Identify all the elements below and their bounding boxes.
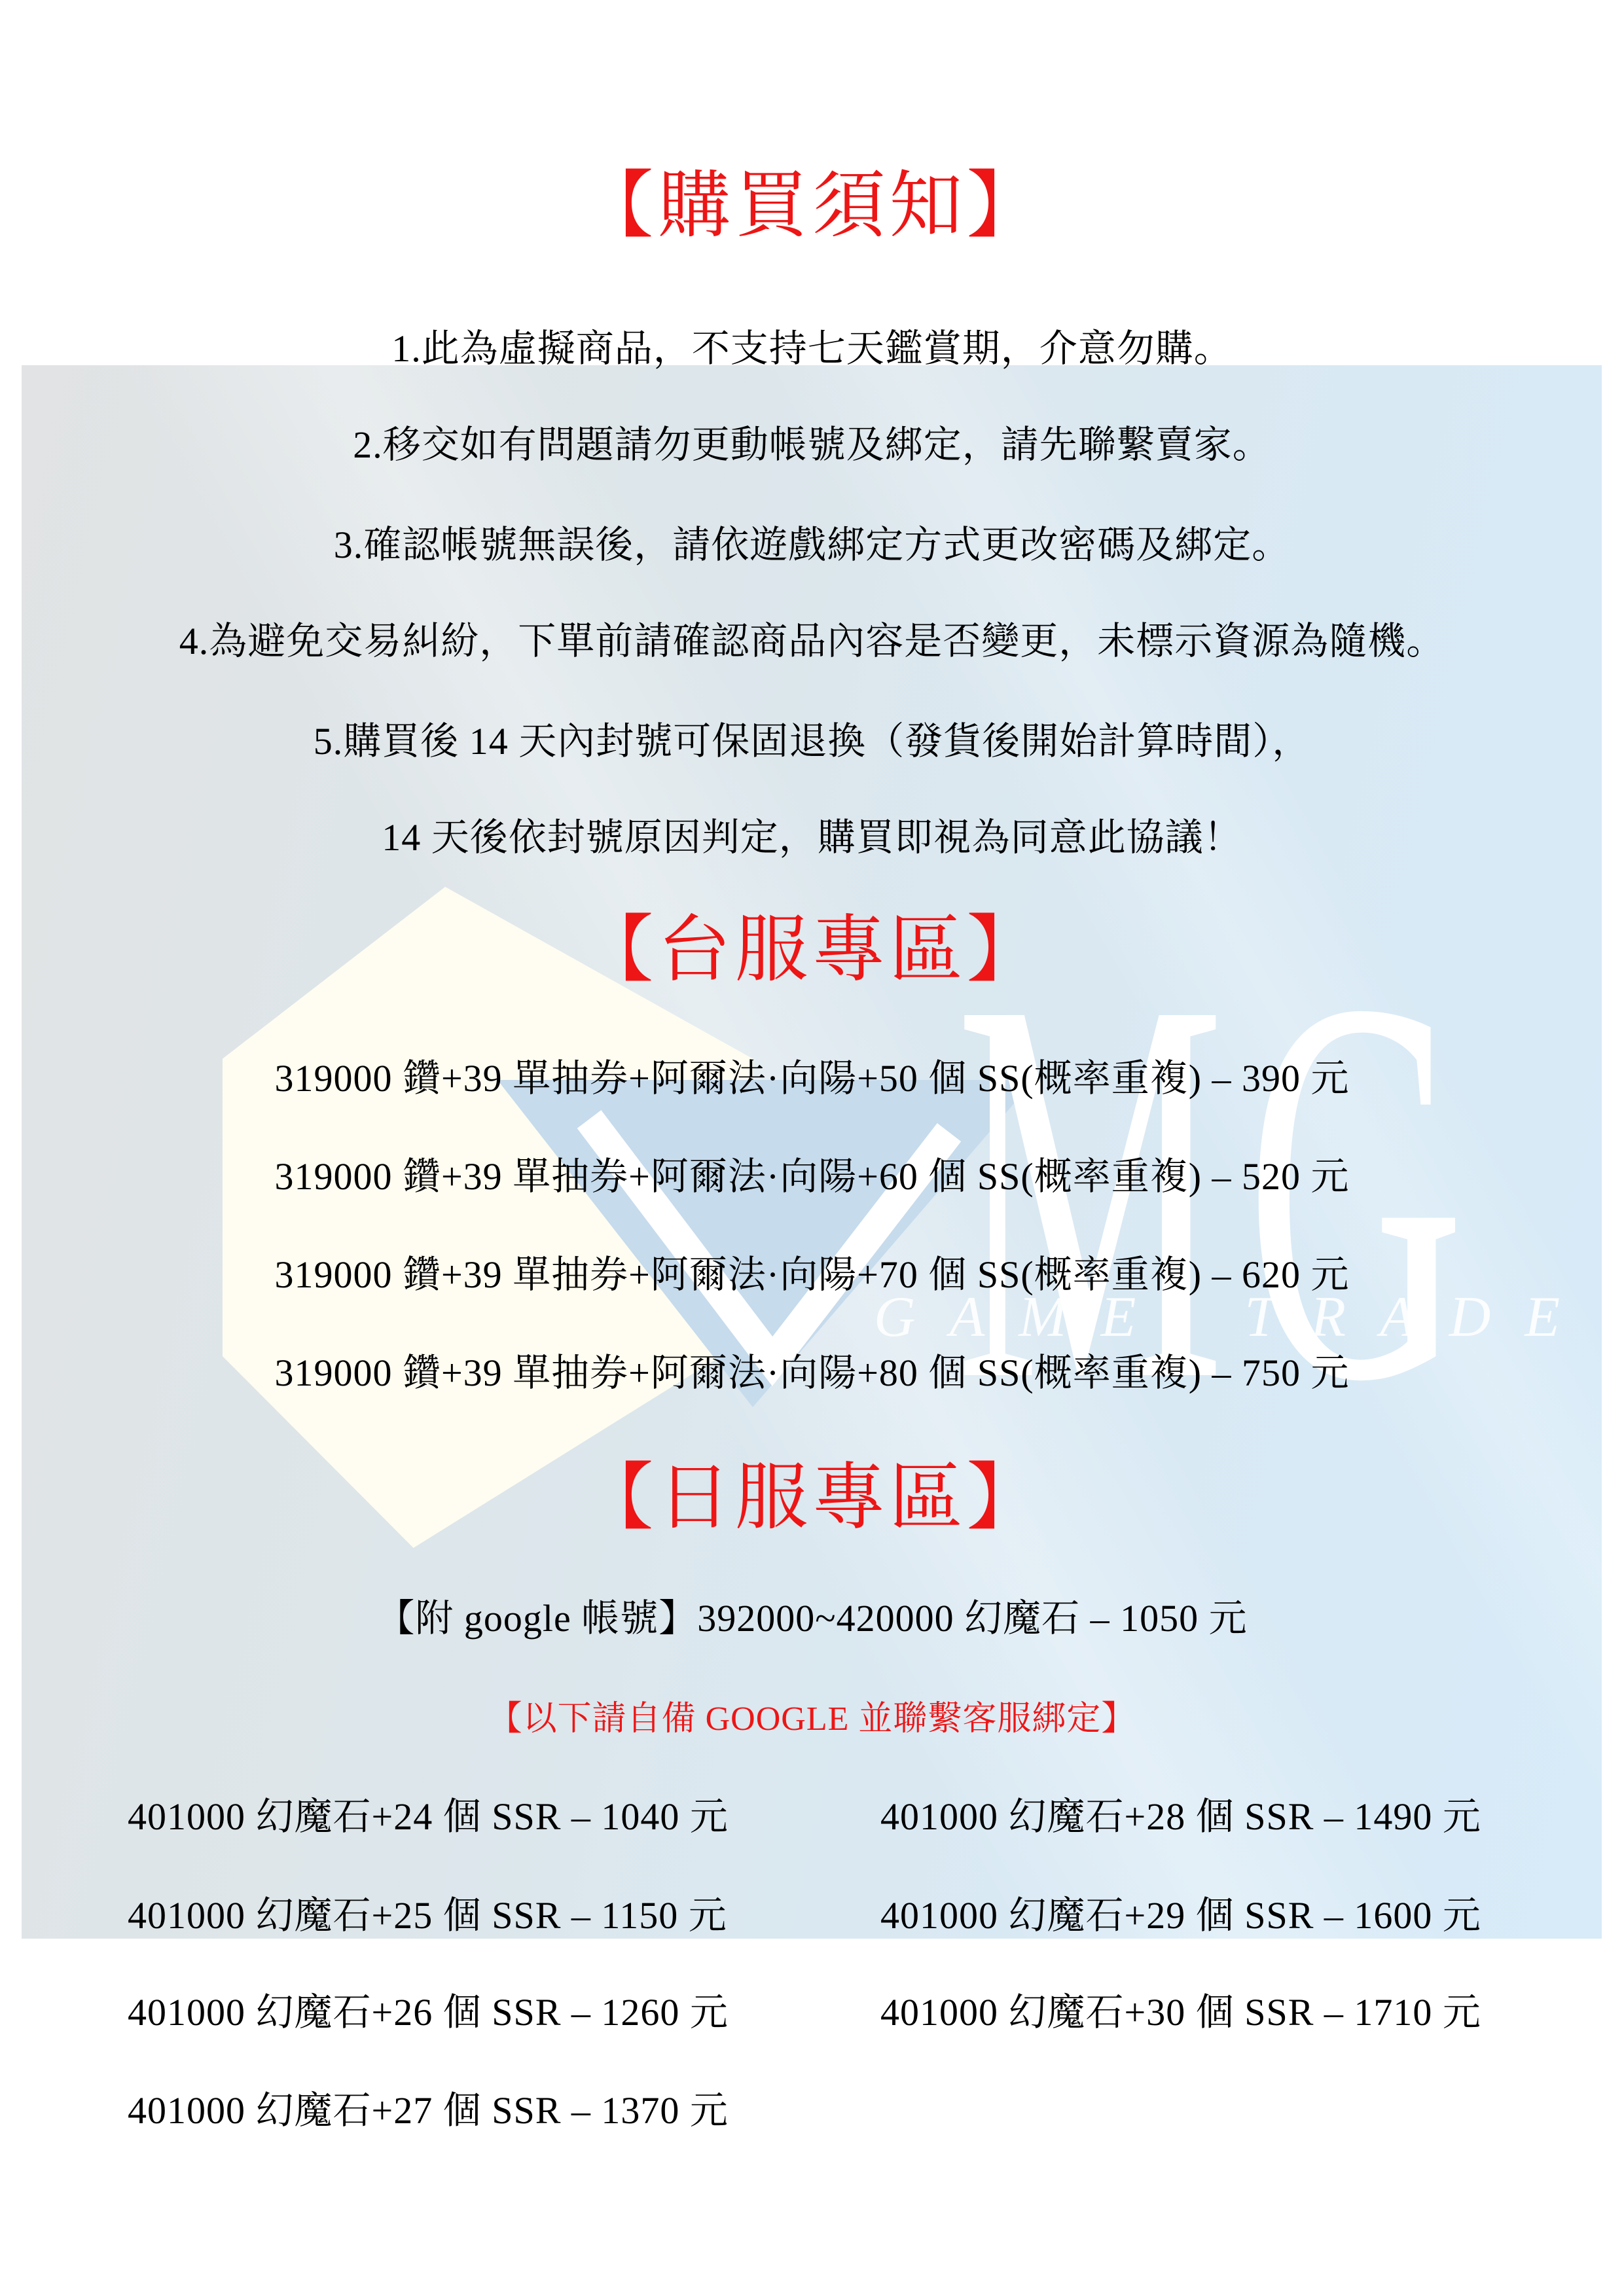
japan-left-item-2: 401000 幻魔石+25 個 SSR – 1150 元: [128, 1893, 727, 1939]
notice-line-1: 1.此為虛擬商品，不支持七天鑑賞期，介意勿購。: [0, 326, 1624, 372]
taiwan-item-4: 319000 鑽+39 單抽券+阿爾法·向陽+80 個 SS(概率重複) – 7…: [0, 1350, 1624, 1396]
japan-google-item: 【附 google 帳號】392000~420000 幻魔石 – 1050 元: [0, 1596, 1624, 1641]
taiwan-item-3: 319000 鑽+39 單抽券+阿爾法·向陽+70 個 SS(概率重複) – 6…: [0, 1252, 1624, 1298]
taiwan-section-title: 【台服專區】: [0, 906, 1624, 994]
japan-section-title: 【日服專區】: [0, 1454, 1624, 1542]
taiwan-item-2: 319000 鑽+39 單抽券+阿爾法·向陽+60 個 SS(概率重複) – 5…: [0, 1154, 1624, 1200]
japan-right-item-2: 401000 幻魔石+29 個 SSR – 1600 元: [880, 1893, 1481, 1939]
notice-line-5-cont: 14 天後依封號原因判定，購買即視為同意此協議！: [0, 815, 1624, 861]
notice-line-4: 4.為避免交易糾紛，下單前請確認商品內容是否變更，未標示資源為隨機。: [0, 619, 1624, 664]
japan-left-item-3: 401000 幻魔石+26 個 SSR – 1260 元: [128, 1990, 729, 2036]
japan-right-item-3: 401000 幻魔石+30 個 SSR – 1710 元: [880, 1990, 1481, 2036]
taiwan-item-1: 319000 鑽+39 單抽券+阿爾法·向陽+50 個 SS(概率重複) – 3…: [0, 1056, 1624, 1102]
notice-line-3: 3.確認帳號無誤後，請依遊戲綁定方式更改密碼及綁定。: [0, 522, 1624, 568]
japan-left-item-1: 401000 幻魔石+24 個 SSR – 1040 元: [128, 1794, 729, 1840]
notice-line-5: 5.購買後 14 天內封號可保固退換（發貨後開始計算時間），: [0, 719, 1624, 764]
japan-left-item-4: 401000 幻魔石+27 個 SSR – 1370 元: [128, 2088, 729, 2134]
notice-line-2: 2.移交如有問題請勿更動帳號及綁定，請先聯繫賣家。: [0, 422, 1624, 468]
page-title: 【購買須知】: [0, 162, 1624, 250]
purchase-notice-poster: MG GAME TRADE 【購買須知】 1.此為虛擬商品，不支持七天鑑賞期，介…: [0, 0, 1624, 2296]
japan-binding-note: 【以下請自備 GOOGLE 並聯繫客服綁定】: [0, 1699, 1624, 1740]
japan-right-item-1: 401000 幻魔石+28 個 SSR – 1490 元: [880, 1794, 1481, 1840]
